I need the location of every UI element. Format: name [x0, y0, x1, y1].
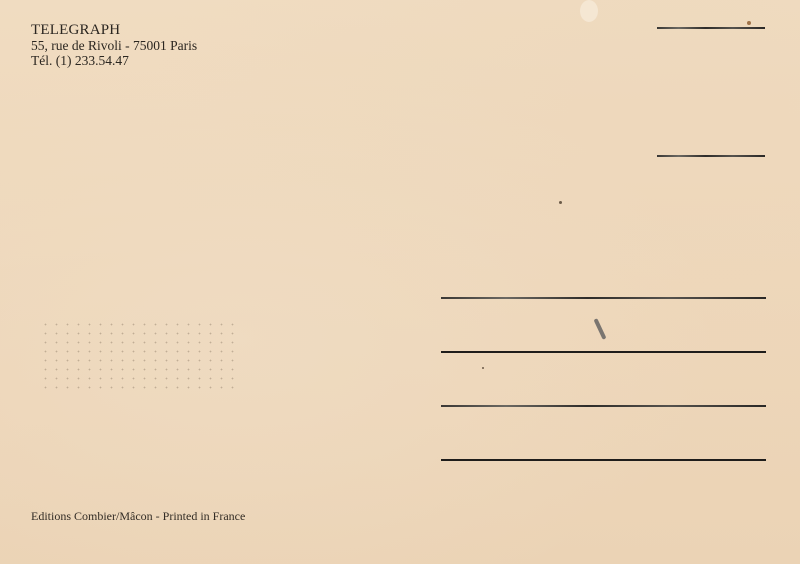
address-line-3 [441, 405, 766, 407]
paper-speck [747, 21, 751, 25]
stamp-area-rule-1 [657, 27, 765, 29]
paper-speck [559, 201, 562, 204]
publisher-address: 55, rue de Rivoli - 75001 Paris [31, 38, 197, 53]
paper-speck [482, 367, 484, 369]
address-line-2 [441, 351, 766, 353]
printer-credit: Editions Combier/Mâcon - Printed in Fran… [31, 509, 245, 524]
stamp-area-rule-2 [657, 155, 765, 157]
publisher-name: TELEGRAPH [31, 23, 197, 38]
pencil-mark [594, 318, 607, 340]
publisher-phone: Tél. (1) 233.54.47 [31, 53, 197, 68]
address-line-4 [441, 459, 766, 461]
faded-imprint [40, 320, 240, 390]
paper-stain [580, 0, 598, 22]
postcard-back: TELEGRAPH 55, rue de Rivoli - 75001 Pari… [0, 0, 800, 564]
address-line-1 [441, 297, 766, 299]
publisher-block: TELEGRAPH 55, rue de Rivoli - 75001 Pari… [31, 23, 197, 68]
